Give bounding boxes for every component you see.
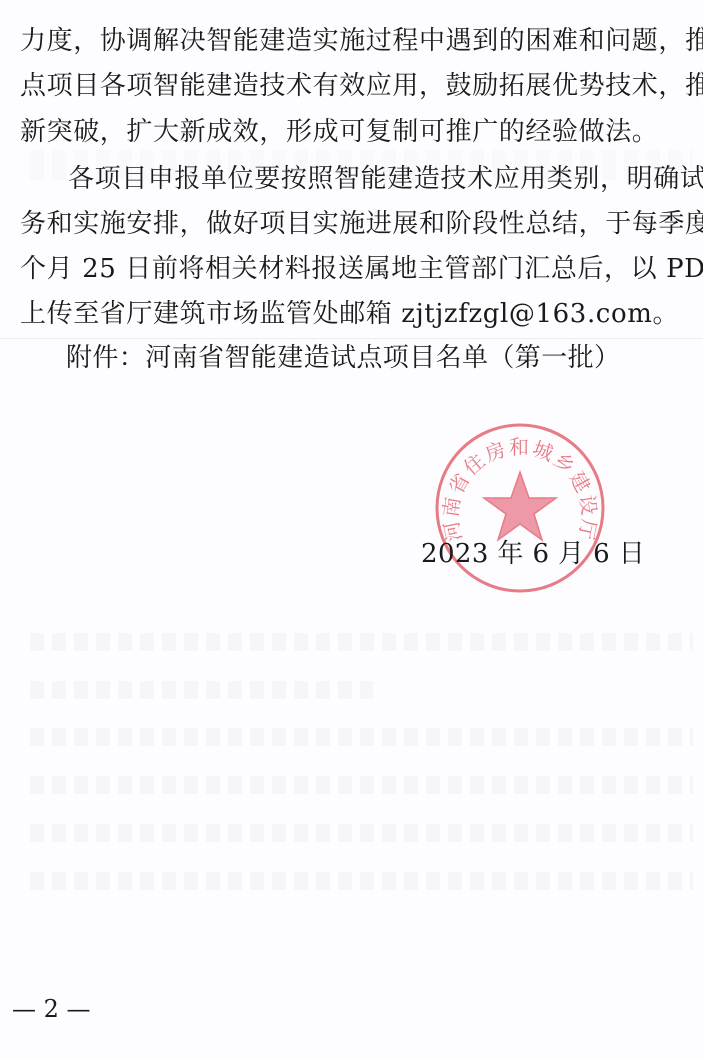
bleed-through-text xyxy=(30,824,693,842)
paragraph-2-line-1: 各项目申报单位要按照智能建造技术应用类别，明确试点任 xyxy=(20,164,685,194)
paragraph-1-line-3: 新突破，扩大新成效，形成可复制可推广的经验做法。 xyxy=(20,117,685,147)
bleed-through-text xyxy=(30,728,693,746)
paragraph-2-line-3: 个月 25 日前将相关材料报送属地主管部门汇总后，以 PDF 形式 xyxy=(20,254,685,284)
official-seal-icon: 河南省住房和城乡建设厅 xyxy=(432,420,608,596)
attachment-note: 附件：河南省智能建造试点项目名单（第一批） xyxy=(66,343,620,373)
page-number: — 2 — xyxy=(12,994,91,1024)
bleed-through-text xyxy=(30,776,693,794)
paragraph-2-line-4: 上传至省厅建筑市场监管处邮箱 zjtjzfzgl@163.com。 xyxy=(20,299,685,329)
bleed-through-text xyxy=(30,872,693,890)
paragraph-2-line-2: 务和实施安排，做好项目实施进展和阶段性总结，于每季度第三 xyxy=(20,209,685,239)
document-page: 力度，协调解决智能建造实施过程中遇到的困难和问题，推动试 点项目各项智能建造技术… xyxy=(0,0,703,1059)
issue-date: 2023 年 6 月 6 日 xyxy=(421,539,645,569)
paragraph-1-line-2: 点项目各项智能建造技术有效应用，鼓励拓展优势技术，推动创 xyxy=(20,71,685,101)
bleed-through-text xyxy=(30,633,693,651)
paragraph-1-line-1: 力度，协调解决智能建造实施过程中遇到的困难和问题，推动试 xyxy=(20,26,685,56)
bleed-through-text xyxy=(30,681,373,699)
bleed-through-rule xyxy=(0,338,703,339)
